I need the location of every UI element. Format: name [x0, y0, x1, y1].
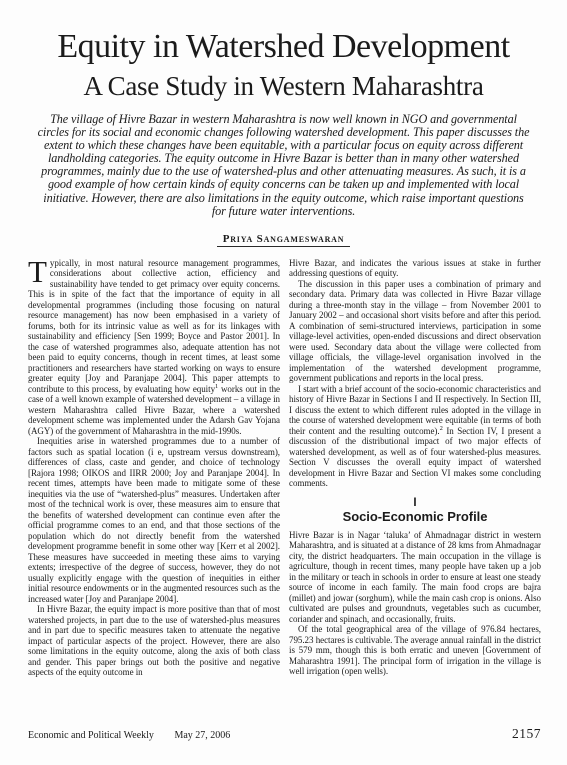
journal-name: Economic and Political Weekly	[28, 730, 154, 741]
paragraph-outline: I start with a brief account of the soci…	[289, 384, 541, 489]
author-line: Priya Sangameswaran	[0, 229, 567, 247]
paper-subtitle: A Case Study in Western Maharashtra	[0, 71, 567, 101]
page-footer: Economic and Political Weekly May 27, 20…	[28, 726, 541, 742]
paragraph-text: ypically, in most natural resource manag…	[28, 258, 280, 394]
section-number: I	[289, 497, 541, 509]
drop-cap: T	[28, 258, 50, 285]
paragraph-village-profile: Hivre Bazar is in Nagar ‘taluka’ of Ahma…	[289, 530, 541, 625]
journal-page: Equity in Watershed Development A Case S…	[0, 0, 567, 765]
section-title: Socio-Economic Profile	[289, 509, 541, 524]
paragraph-geography: Of the total geographical area of the vi…	[289, 624, 541, 677]
author-name: Priya Sangameswaran	[217, 233, 351, 247]
body-columns: Typically, in most natural resource mana…	[0, 258, 567, 678]
abstract: The village of Hivre Bazar in western Ma…	[36, 113, 531, 218]
paragraph-hivre-equity: In Hivre Bazar, the equity impact is mor…	[28, 604, 280, 678]
paragraph-continuation: Hivre Bazar, and indicates the various i…	[289, 258, 541, 279]
section-heading: I Socio-Economic Profile	[289, 497, 541, 524]
paper-title: Equity in Watershed Development	[0, 28, 567, 66]
footer-left: Economic and Political Weekly May 27, 20…	[28, 730, 230, 741]
paragraph-intro: Typically, in most natural resource mana…	[28, 258, 280, 437]
right-column: Hivre Bazar, and indicates the various i…	[289, 258, 541, 678]
page-number: 2157	[512, 726, 541, 742]
paragraph-inequities: Inequities arise in watershed programmes…	[28, 436, 280, 604]
paragraph-methodology: The discussion in this paper uses a comb…	[289, 279, 541, 384]
issue-date: May 27, 2006	[174, 730, 230, 741]
left-column: Typically, in most natural resource mana…	[28, 258, 280, 678]
